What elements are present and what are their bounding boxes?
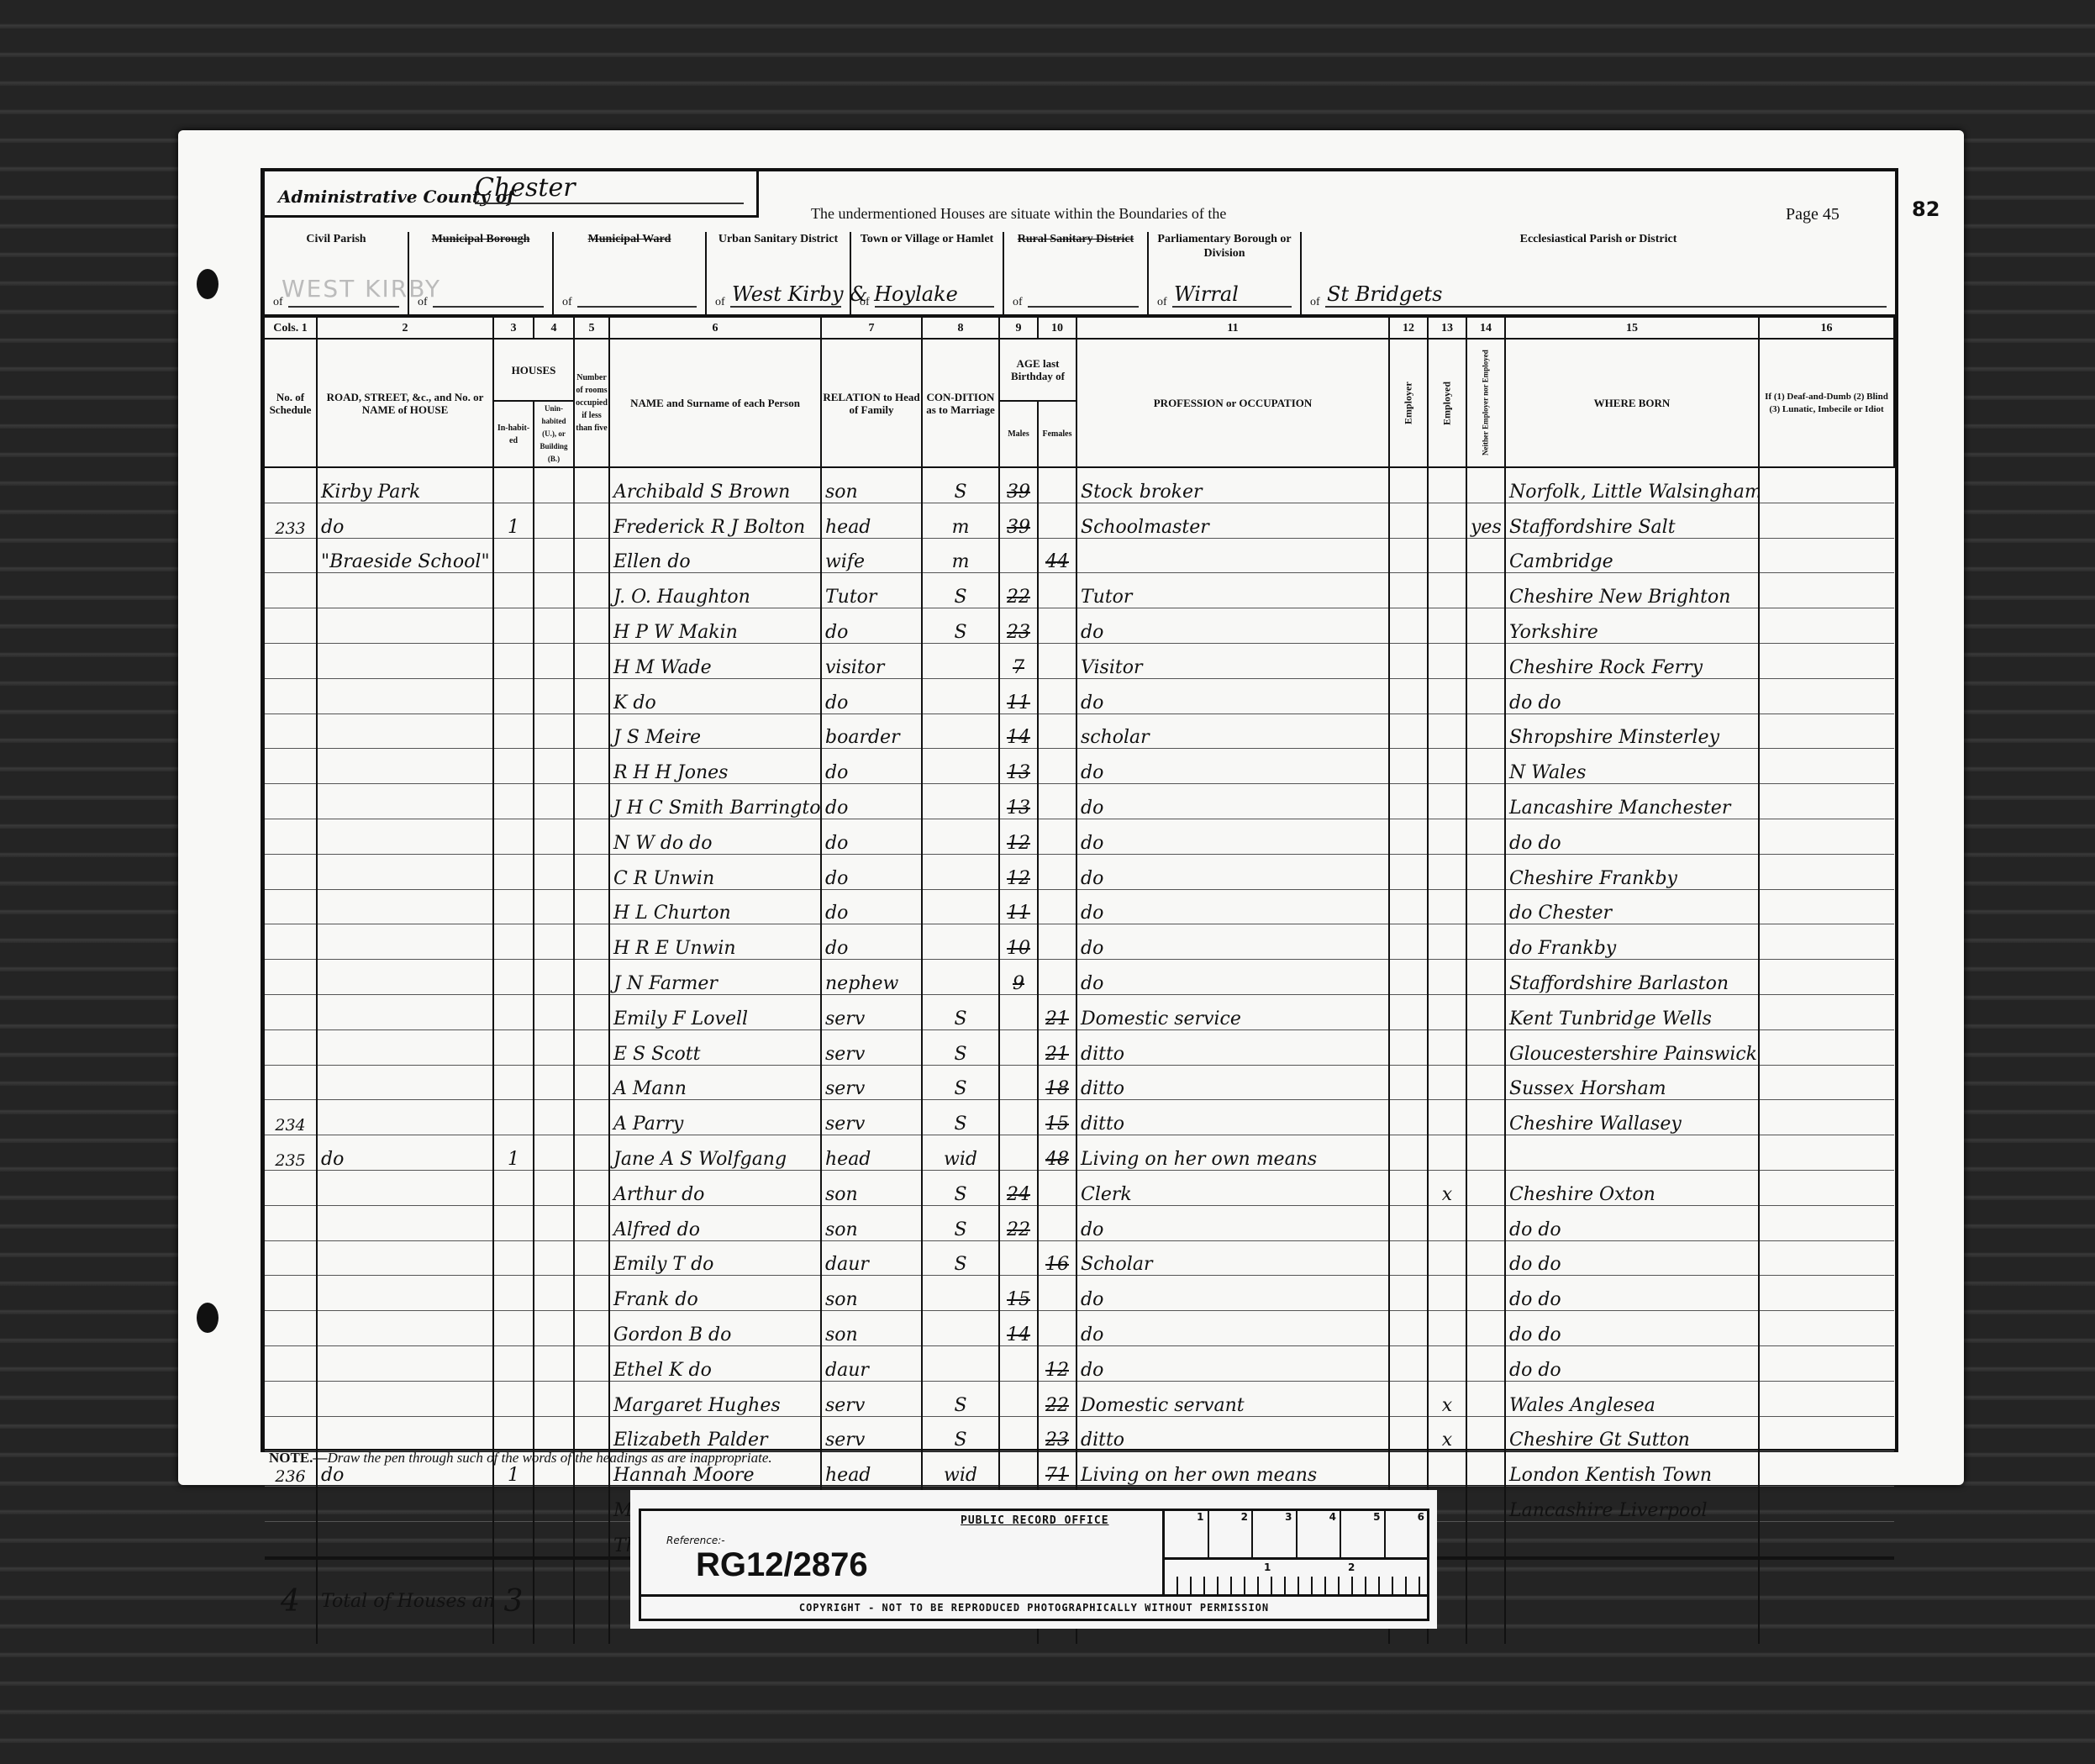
district-label: Parliamentary Borough or Division — [1149, 232, 1300, 261]
cell-female: 23 — [1038, 1416, 1076, 1451]
cell-schedule — [265, 1416, 317, 1451]
cell-occ: Living on her own means — [1076, 1451, 1389, 1487]
cell-road — [317, 924, 493, 960]
cell-female — [1038, 924, 1076, 960]
cell-rooms — [574, 1381, 609, 1416]
header-rooms: Number of rooms occupied if less than fi… — [574, 339, 609, 467]
cell-female: 71 — [1038, 1451, 1076, 1487]
cell-name: Ellen do — [609, 538, 821, 573]
cell-schedule — [265, 467, 317, 503]
column-number: 5 — [574, 318, 609, 339]
cell-uninh — [534, 1381, 574, 1416]
cell-born: Cambridge — [1505, 538, 1759, 573]
district-label: Urban Sanitary District — [707, 232, 850, 246]
boundary-text: The undermentioned Houses are situate wi… — [811, 205, 1226, 223]
cell-empd — [1428, 1135, 1466, 1171]
district-6: Parliamentary Borough or Division of Wir… — [1149, 232, 1302, 314]
cell-infirm — [1759, 1135, 1894, 1171]
cell-female: 48 — [1038, 1135, 1076, 1171]
cell-female — [1038, 467, 1076, 503]
total-schedules: 4 — [265, 1558, 317, 1644]
column-number: 3 — [493, 318, 534, 339]
table-row: Emily T dodaurS16Scholardo do — [265, 1240, 1894, 1276]
cell-schedule — [265, 608, 317, 644]
column-number: 15 — [1505, 318, 1759, 339]
cell-uninh — [534, 713, 574, 749]
district-label: Rural Sanitary District — [1004, 232, 1147, 246]
cell-neither — [1466, 678, 1505, 713]
cell-inh — [493, 1240, 534, 1276]
cell-cond: S — [922, 1100, 999, 1135]
cell-male: 13 — [999, 749, 1038, 784]
cell-emp — [1389, 1345, 1428, 1381]
district-headers: Civil Parish of WEST KIRBYMunicipal Boro… — [265, 232, 1895, 318]
cell-occ: do — [1076, 1311, 1389, 1346]
cell-neither — [1466, 467, 1505, 503]
cell-infirm — [1759, 1240, 1894, 1276]
cell-neither — [1466, 538, 1505, 573]
cell-rooms — [574, 854, 609, 889]
cell-inh — [493, 924, 534, 960]
ruler-tick-label: 1 — [1264, 1561, 1271, 1573]
cell-emp — [1389, 854, 1428, 889]
cell-born: Sussex Horsham — [1505, 1065, 1759, 1100]
cell-schedule — [265, 1311, 317, 1346]
scale-ruler: 123456 12 — [1162, 1511, 1429, 1595]
cell-born: Staffordshire Barlaston — [1505, 960, 1759, 995]
cell-empd — [1428, 1100, 1466, 1135]
cell-road — [317, 749, 493, 784]
cell-emp — [1389, 889, 1428, 924]
cell-empd — [1428, 994, 1466, 1029]
cell-inh — [493, 1487, 534, 1522]
cell-road — [317, 713, 493, 749]
cell-male: 12 — [999, 819, 1038, 854]
cell-female — [1038, 854, 1076, 889]
cell-schedule — [265, 819, 317, 854]
cell-empd — [1428, 1065, 1466, 1100]
cell-relation: serv — [821, 1100, 922, 1135]
cell-born: N Wales — [1505, 749, 1759, 784]
cell-name: H L Churton — [609, 889, 821, 924]
cell-road — [317, 573, 493, 608]
of-label: of — [418, 296, 428, 309]
district-5: Rural Sanitary District of — [1004, 232, 1149, 314]
cell-rooms — [574, 1065, 609, 1100]
cell-name: A Mann — [609, 1065, 821, 1100]
cell-neither — [1466, 749, 1505, 784]
cell-name: J N Farmer — [609, 960, 821, 995]
cell-inh — [493, 1416, 534, 1451]
cell-relation: daur — [821, 1345, 922, 1381]
cell-cond: S — [922, 1170, 999, 1205]
cell-occ: do — [1076, 1276, 1389, 1311]
cell-uninh — [534, 608, 574, 644]
cell-name: J. O. Haughton — [609, 573, 821, 608]
cell-emp — [1389, 1065, 1428, 1100]
cell-relation: serv — [821, 1381, 922, 1416]
cell-born: Lancashire Liverpool — [1505, 1487, 1759, 1522]
cell-uninh — [534, 1311, 574, 1346]
cell-male — [999, 1100, 1038, 1135]
cell-inh — [493, 749, 534, 784]
cell-emp — [1389, 1416, 1428, 1451]
cell-neither — [1466, 1029, 1505, 1065]
cell-occ: Clerk — [1076, 1170, 1389, 1205]
cell-road — [317, 784, 493, 819]
header-houses: HOUSES — [493, 339, 574, 401]
cell-rooms — [574, 1487, 609, 1522]
cell-male — [999, 1065, 1038, 1100]
table-row: Elizabeth PalderservS23dittoxCheshire Gt… — [265, 1416, 1894, 1451]
cell-occ: do — [1076, 960, 1389, 995]
cell-uninh — [534, 1135, 574, 1171]
cell-schedule — [265, 889, 317, 924]
header-occupation: PROFESSION or OCCUPATION — [1076, 339, 1389, 467]
cell-cond: S — [922, 994, 999, 1029]
cell-road: "Braeside School" — [317, 538, 493, 573]
cell-occ: do — [1076, 784, 1389, 819]
table-row: H L Churtondo11dodo Chester — [265, 889, 1894, 924]
cell-schedule: 233 — [265, 503, 317, 538]
table-row: 235do1Jane A S Wolfgangheadwid48Living o… — [265, 1135, 1894, 1171]
cell-name: Alfred do — [609, 1205, 821, 1240]
cell-neither — [1466, 1451, 1505, 1487]
cell-occ: ditto — [1076, 1029, 1389, 1065]
cell-inh — [493, 1065, 534, 1100]
cell-road — [317, 678, 493, 713]
cell-emp — [1389, 573, 1428, 608]
cell-road — [317, 889, 493, 924]
cell-name: Frank do — [609, 1276, 821, 1311]
cell-neither — [1466, 1170, 1505, 1205]
column-number: 16 — [1759, 318, 1894, 339]
cell-infirm — [1759, 1276, 1894, 1311]
cell-name: Gordon B do — [609, 1311, 821, 1346]
ruler-tick-label: 2 — [1348, 1561, 1355, 1573]
table-row: Frank doson15dodo do — [265, 1276, 1894, 1311]
cell-neither — [1466, 1345, 1505, 1381]
cell-infirm — [1759, 1170, 1894, 1205]
cell-occ — [1076, 538, 1389, 573]
table-row: J N Farmernephew9doStaffordshire Barlast… — [265, 960, 1894, 995]
cell-inh — [493, 889, 534, 924]
cell-rooms — [574, 1521, 609, 1557]
cell-male — [999, 1240, 1038, 1276]
cell-female: 16 — [1038, 1240, 1076, 1276]
table-row: Emily F LovellservS21Domestic serviceKen… — [265, 994, 1894, 1029]
cell-name: H P W Makin — [609, 608, 821, 644]
cell-female: 44 — [1038, 538, 1076, 573]
cell-cond — [922, 819, 999, 854]
cell-rooms — [574, 1100, 609, 1135]
cell-empd — [1428, 960, 1466, 995]
cell-female — [1038, 960, 1076, 995]
cell-neither — [1466, 1521, 1505, 1557]
cell-male — [999, 1416, 1038, 1451]
cell-born: Yorkshire — [1505, 608, 1759, 644]
cell-schedule — [265, 1205, 317, 1240]
cell-inh — [493, 960, 534, 995]
cell-relation: serv — [821, 1029, 922, 1065]
cell-born: Staffordshire Salt — [1505, 503, 1759, 538]
cell-rooms — [574, 1416, 609, 1451]
cell-male: 22 — [999, 573, 1038, 608]
cell-rooms — [574, 1345, 609, 1381]
cell-empd — [1428, 713, 1466, 749]
cell-female — [1038, 1205, 1076, 1240]
cell-male: 9 — [999, 960, 1038, 995]
cell-relation: do — [821, 889, 922, 924]
cell-rooms — [574, 608, 609, 644]
cell-relation: nephew — [821, 960, 922, 995]
note-prefix: NOTE.— — [269, 1450, 327, 1466]
cell-uninh — [534, 1345, 574, 1381]
cell-relation: son — [821, 1276, 922, 1311]
cell-inh — [493, 1345, 534, 1381]
cell-infirm — [1759, 608, 1894, 644]
cell-empd — [1428, 1311, 1466, 1346]
cell-road — [317, 1276, 493, 1311]
cell-male — [999, 538, 1038, 573]
cell-rooms — [574, 713, 609, 749]
cell-born: Norfolk, Little Walsingham — [1505, 467, 1759, 503]
cell-relation: daur — [821, 1240, 922, 1276]
cell-inh — [493, 854, 534, 889]
cell-relation: head — [821, 1451, 922, 1487]
cell-emp — [1389, 1170, 1428, 1205]
table-row: H R E Unwindo10dodo Frankby — [265, 924, 1894, 960]
cell-male: 7 — [999, 643, 1038, 678]
cell-inh — [493, 1381, 534, 1416]
cell-female — [1038, 749, 1076, 784]
cell-rooms — [574, 960, 609, 995]
cell-emp — [1389, 503, 1428, 538]
cell-empd — [1428, 924, 1466, 960]
cell-road — [317, 994, 493, 1029]
cell-road — [317, 1100, 493, 1135]
cell-cond: m — [922, 503, 999, 538]
cell-relation: do — [821, 784, 922, 819]
cell-inh — [493, 608, 534, 644]
header-condition: CON-DITION as to Marriage — [922, 339, 999, 467]
table-row: Gordon B doson14dodo do — [265, 1311, 1894, 1346]
cell-road — [317, 1205, 493, 1240]
cell-occ: do — [1076, 819, 1389, 854]
cell-rooms — [574, 889, 609, 924]
cell-road — [317, 1487, 493, 1522]
cell-infirm — [1759, 1416, 1894, 1451]
table-row: H M Wadevisitor7VisitorCheshire Rock Fer… — [265, 643, 1894, 678]
cell-neither — [1466, 1381, 1505, 1416]
cell-cond — [922, 1276, 999, 1311]
punch-hole — [197, 269, 218, 299]
cell-name: J H C Smith Barrington — [609, 784, 821, 819]
ruler-tick-label: 6 — [1386, 1511, 1430, 1557]
ruler-tick-label: 1 — [1165, 1511, 1209, 1557]
cell-male: 12 — [999, 854, 1038, 889]
cell-schedule — [265, 678, 317, 713]
cell-schedule: 234 — [265, 1100, 317, 1135]
cell-schedule — [265, 538, 317, 573]
cell-empd — [1428, 784, 1466, 819]
cell-cond: m — [922, 538, 999, 573]
cell-empd — [1428, 608, 1466, 644]
cell-uninh — [534, 467, 574, 503]
cell-cond: S — [922, 467, 999, 503]
cell-emp — [1389, 678, 1428, 713]
cell-occ: Scholar — [1076, 1240, 1389, 1276]
cell-name: Arthur do — [609, 1170, 821, 1205]
cell-cond — [922, 960, 999, 995]
cell-emp — [1389, 1135, 1428, 1171]
cell-empd — [1428, 538, 1466, 573]
cell-empd — [1428, 1240, 1466, 1276]
cell-inh — [493, 713, 534, 749]
cell-female — [1038, 713, 1076, 749]
cell-neither — [1466, 713, 1505, 749]
record-office-label: PUBLIC RECORD OFFICE — [961, 1514, 1109, 1527]
cell-infirm — [1759, 1451, 1894, 1487]
cell-born: Kent Tunbridge Wells — [1505, 994, 1759, 1029]
cell-uninh — [534, 994, 574, 1029]
cell-rooms — [574, 924, 609, 960]
punch-hole — [197, 1303, 218, 1333]
cell-cond — [922, 889, 999, 924]
cell-infirm — [1759, 994, 1894, 1029]
cell-occ: do — [1076, 608, 1389, 644]
cell-occ: do — [1076, 678, 1389, 713]
cell-infirm — [1759, 713, 1894, 749]
cell-uninh — [534, 889, 574, 924]
cell-emp — [1389, 1451, 1428, 1487]
cell-emp — [1389, 749, 1428, 784]
header-uninhabited: Unin-habited (U.), or Building (B.) — [534, 401, 574, 467]
cell-uninh — [534, 854, 574, 889]
reference-card: PUBLIC RECORD OFFICE Reference:- RG12/28… — [630, 1490, 1437, 1629]
header-males: Males — [999, 401, 1038, 467]
cell-rooms — [574, 994, 609, 1029]
cell-road — [317, 1416, 493, 1451]
header-inhabited: In-habit-ed — [493, 401, 534, 467]
reference-label: Reference:- — [666, 1535, 725, 1546]
cell-uninh — [534, 924, 574, 960]
cell-relation: do — [821, 924, 922, 960]
cell-schedule — [265, 1240, 317, 1276]
cell-neither — [1466, 1065, 1505, 1100]
cell-rooms — [574, 784, 609, 819]
cell-neither — [1466, 1416, 1505, 1451]
district-value: Wirral — [1174, 282, 1239, 306]
cell-infirm — [1759, 749, 1894, 784]
cell-relation: Tutor — [821, 573, 922, 608]
cell-road — [317, 1521, 493, 1557]
cell-name: Elizabeth Palder — [609, 1416, 821, 1451]
column-number: 14 — [1466, 318, 1505, 339]
cell-infirm — [1759, 643, 1894, 678]
cell-relation: do — [821, 749, 922, 784]
district-label: Ecclesiastical Parish or District — [1302, 232, 1895, 246]
cell-road — [317, 1381, 493, 1416]
cell-rooms — [574, 1311, 609, 1346]
cell-born: Cheshire New Brighton — [1505, 573, 1759, 608]
cell-schedule — [265, 1487, 317, 1522]
cell-infirm — [1759, 1487, 1894, 1522]
cell-born: Cheshire Rock Ferry — [1505, 643, 1759, 678]
cell-occ: Visitor — [1076, 643, 1389, 678]
cell-empd — [1428, 1345, 1466, 1381]
district-label: Civil Parish — [265, 232, 408, 246]
cell-rooms — [574, 538, 609, 573]
cell-empd: x — [1428, 1416, 1466, 1451]
cell-empd — [1428, 1205, 1466, 1240]
cell-rooms — [574, 467, 609, 503]
cell-neither — [1466, 1135, 1505, 1171]
cell-uninh — [534, 1205, 574, 1240]
cell-born: Wales Anglesea — [1505, 1381, 1759, 1416]
cell-uninh — [534, 1029, 574, 1065]
cell-male: 10 — [999, 924, 1038, 960]
cell-name: Margaret Hughes — [609, 1381, 821, 1416]
cell-uninh — [534, 538, 574, 573]
cell-empd — [1428, 1451, 1466, 1487]
cell-rooms — [574, 1276, 609, 1311]
cell-born: do do — [1505, 1345, 1759, 1381]
cell-neither — [1466, 1100, 1505, 1135]
cell-road — [317, 643, 493, 678]
cell-road — [317, 854, 493, 889]
cell-female — [1038, 1311, 1076, 1346]
cell-empd — [1428, 643, 1466, 678]
cell-male: 14 — [999, 1311, 1038, 1346]
cell-emp — [1389, 994, 1428, 1029]
cell-relation: son — [821, 467, 922, 503]
district-7: Ecclesiastical Parish or District of St … — [1302, 232, 1895, 314]
header-infirm: If (1) Deaf-and-Dumb (2) Blind (3) Lunat… — [1759, 339, 1894, 467]
cell-occ: ditto — [1076, 1100, 1389, 1135]
cell-schedule — [265, 960, 317, 995]
table-row: J. O. HaughtonTutorS22TutorCheshire New … — [265, 573, 1894, 608]
header-employed: Employed — [1428, 339, 1466, 467]
of-label: of — [715, 296, 725, 309]
cell-born: do Frankby — [1505, 924, 1759, 960]
cell-neither — [1466, 1311, 1505, 1346]
cell-occ: Domestic servant — [1076, 1381, 1389, 1416]
cell-cond — [922, 713, 999, 749]
cell-rooms — [574, 819, 609, 854]
cell-cond: S — [922, 1065, 999, 1100]
cell-neither — [1466, 573, 1505, 608]
cell-born: Lancashire Manchester — [1505, 784, 1759, 819]
table-row: 234A ParryservS15dittoCheshire Wallasey — [265, 1100, 1894, 1135]
cell-name: Jane A S Wolfgang — [609, 1135, 821, 1171]
header-age: AGE last Birthday of — [999, 339, 1076, 401]
cell-neither — [1466, 854, 1505, 889]
cell-schedule — [265, 1381, 317, 1416]
table-row: Alfred dosonS22dodo do — [265, 1205, 1894, 1240]
column-number: 6 — [609, 318, 821, 339]
folio-number: 82 — [1912, 197, 1940, 221]
cell-neither — [1466, 784, 1505, 819]
cell-empd — [1428, 503, 1466, 538]
cell-female — [1038, 784, 1076, 819]
cell-inh — [493, 994, 534, 1029]
note-text: Draw the pen through such of the words o… — [327, 1450, 771, 1466]
district-2: Municipal Ward of — [554, 232, 707, 314]
of-label: of — [1013, 296, 1023, 309]
cell-born — [1505, 1135, 1759, 1171]
copyright-notice: COPYRIGHT - NOT TO BE REPRODUCED PHOTOGR… — [641, 1594, 1427, 1619]
